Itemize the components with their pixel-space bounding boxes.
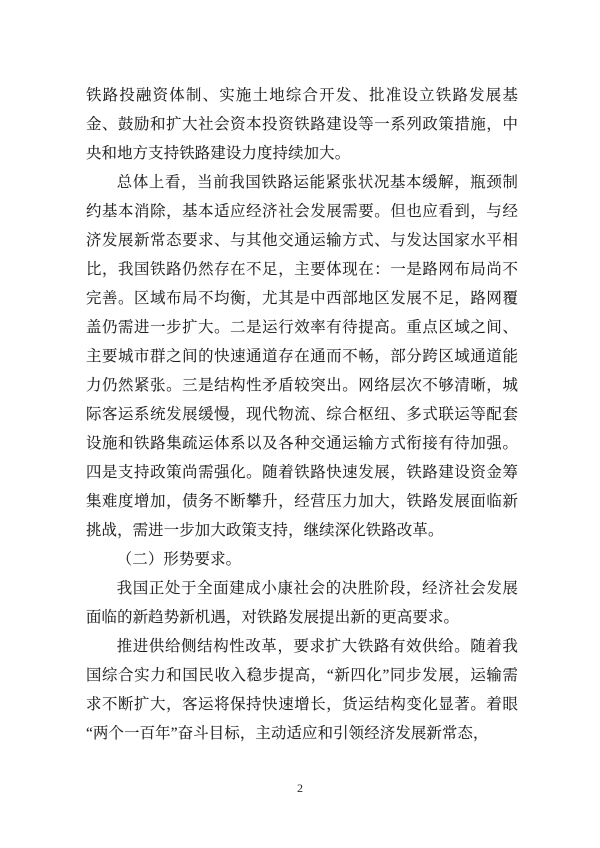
section-heading-situation-requirements: （二）形势要求。 [86, 545, 518, 574]
paragraph-continuation: 铁路投融资体制、实施土地综合开发、批准设立铁路发展基金、鼓励和扩大社会资本投资铁… [86, 81, 518, 168]
page-number: 2 [0, 781, 600, 796]
document-page: 铁路投融资体制、实施土地综合开发、批准设立铁路发展基金、鼓励和扩大社会资本投资铁… [0, 0, 600, 848]
paragraph-decisive-stage: 我国正处于全面建成小康社会的决胜阶段，经济社会发展面临的新趋势新机遇，对铁路发展… [86, 574, 518, 632]
document-body-text: 铁路投融资体制、实施土地综合开发、批准设立铁路发展基金、鼓励和扩大社会资本投资铁… [86, 81, 518, 748]
paragraph-overall-assessment: 总体上看，当前我国铁路运能紧张状况基本缓解，瓶颈制约基本消除，基本适应经济社会发… [86, 168, 518, 545]
paragraph-supply-side-reform: 推进供给侧结构性改革，要求扩大铁路有效供给。随着我国综合实力和国民收入稳步提高，… [86, 632, 518, 748]
